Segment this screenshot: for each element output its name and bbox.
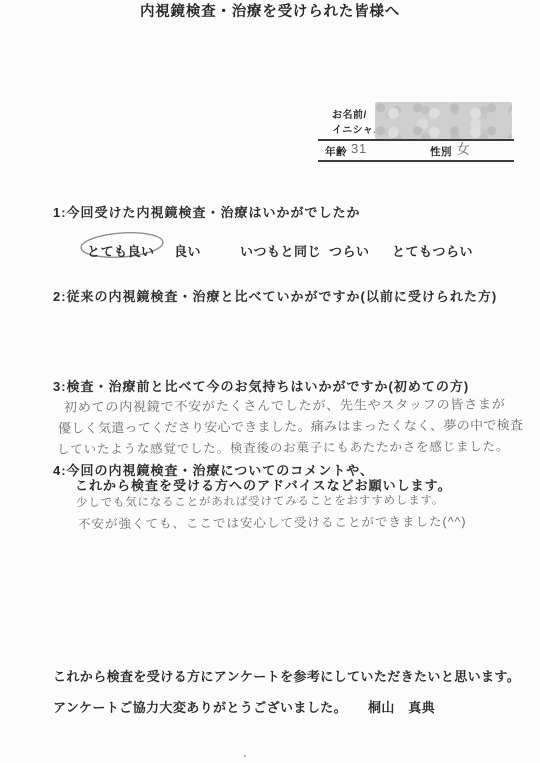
question-3-answer-line1: 初めての内視鏡で不安がたくさんでしたが、先生やスタッフの皆さまが bbox=[64, 393, 506, 415]
option-hard: つらい bbox=[329, 241, 370, 260]
footer-line1: これから検査を受ける方にアンケートを参考にしていただきたいと思います。 bbox=[53, 666, 520, 685]
age-label: 年齢 bbox=[325, 144, 347, 159]
info-divider-top bbox=[318, 139, 514, 141]
footer-line2: アンケートご協力大変ありがとうございました。 bbox=[53, 697, 347, 716]
question-3-answer-line3: していたような感覚でした。検査後のお菓子にもあたたかさを感じました。 bbox=[57, 436, 509, 457]
question-4-answer-line1: 少しでも気になることがあれば受けてみることをおすすめします。 bbox=[76, 492, 444, 511]
scanned-questionnaire-page: 内視鏡検査・治療を受けられた皆様へ お名前/ イニシャル 年齢 31 性別 女 … bbox=[0, 0, 540, 763]
age-value-handwritten: 31 bbox=[351, 141, 367, 156]
option-same-as-usual: いつもと同じ bbox=[240, 241, 321, 260]
redacted-name-area bbox=[375, 102, 512, 139]
footer-signature: 桐山 真典 bbox=[368, 697, 435, 716]
question-3-label: 3:検査・治療前と比べて今のお気持ちはいかがですか(初めての方) bbox=[53, 376, 469, 395]
option-very-hard: とてもつらい bbox=[392, 241, 473, 260]
question-1-label: 1:今回受けた内視鏡検査・治療はいかがでしたか bbox=[53, 202, 361, 221]
question-4-answer-line2: 不安が強くても、ここでは安心して受けることができました(^^) bbox=[78, 512, 467, 533]
name-label-line1: お名前/ bbox=[332, 106, 367, 121]
page-title: 内視鏡検査・治療を受けられた皆様へ bbox=[0, 0, 540, 21]
sex-label: 性別 bbox=[430, 144, 452, 159]
scan-artifact-dot bbox=[244, 755, 246, 757]
option-good: 良い bbox=[174, 241, 201, 260]
info-divider-bottom bbox=[318, 160, 514, 162]
sex-value-handwritten: 女 bbox=[456, 139, 471, 159]
option-very-good: とても良い bbox=[87, 241, 155, 260]
question-3-answer-line2: 優しく気遣ってくださり安心できました。痛みはまったくなく、夢の中で検査 bbox=[58, 414, 523, 436]
question-2-label: 2:従来の内視鏡検査・治療と比べていかがですか(以前に受けられた方) bbox=[53, 286, 497, 305]
